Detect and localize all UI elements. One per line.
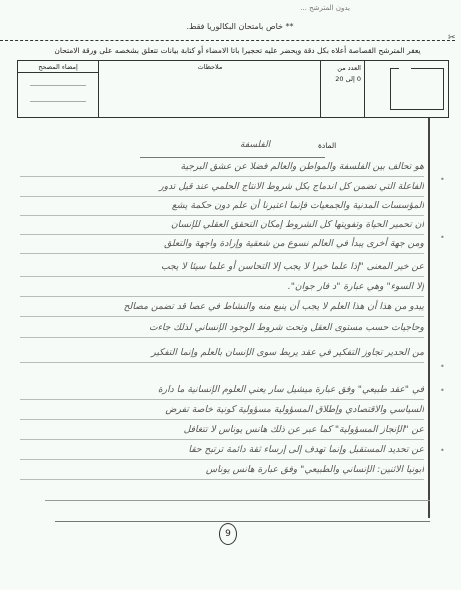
ruled-line: [20, 337, 424, 338]
answer-line: عن تحديد المستقبل وإنما تهدف إلى إرساء ث…: [20, 440, 424, 459]
ruled-line: [20, 253, 424, 254]
answer-line: وحاجيات حسب مستوى العقل وتحت شروط الوجود…: [20, 318, 424, 337]
answer-line: عن "الإنجاز المسؤولية" كما عبر عن ذلك ها…: [20, 420, 424, 439]
answer-line: أن تحمير الحياة وتفويتها كل الشروط إمكان…: [20, 215, 424, 234]
ruled-line: [20, 479, 424, 480]
remarks-cell[interactable]: ملاحظات: [98, 61, 99, 117]
answer-line: أبونيا الاثنين: الإنساني والطبيعي" وفق ع…: [20, 460, 424, 479]
cut-line: [0, 40, 455, 41]
subject-value: الفلسفة: [240, 140, 270, 150]
margin-dot: •: [440, 362, 445, 371]
answer-line: ومن جهة أخرى يبدأ في العالم نسوع من شعقي…: [20, 234, 424, 253]
ruled-line: [55, 521, 430, 522]
margin-dot: •: [440, 386, 445, 395]
faded-header-line: يدون المترشح ...: [190, 4, 350, 12]
ruled-line: [20, 316, 424, 317]
answer-line: المؤسسات المدنية والجمعيات فإنما اعتبرنا…: [20, 196, 424, 215]
signature-header-divider: [18, 72, 98, 73]
answer-line: يبدو من هذا أن هذا العلم لا يجب أن ينبع …: [20, 297, 424, 316]
answer-line: في "عقد طبيعي" وفق عبارة ميشيل سار يعني …: [20, 380, 424, 399]
grade-label: العدد من: [325, 64, 361, 72]
grade-cell[interactable]: العدد من 0 إلى 20: [320, 61, 321, 117]
subject-label: المادة: [318, 141, 336, 150]
signature-label: إمضاء المصحح: [18, 63, 98, 71]
grade-scale: 0 إلى 20: [325, 75, 361, 83]
answer-line: السياسي والاقتصادي وإطلاق المسؤولية مسؤو…: [20, 400, 424, 419]
ruled-line: [20, 362, 424, 363]
ruled-line: [45, 500, 430, 501]
answer-line: عن خير المعنى "إذا علما خيرا لا يجب إلا …: [20, 257, 424, 276]
answer-line: إلا السوء" وهي عبارة "د فار جوان".: [20, 277, 424, 296]
signature-line-2: [30, 101, 86, 102]
answer-line: من الحدير تجاوز التفكير في عقد يربط سوى …: [20, 343, 424, 362]
margin-line: [428, 118, 430, 518]
answer-line: الفاعلة التي تضمن كل اندماج بكل شروط الا…: [20, 177, 424, 196]
page-number: 9: [219, 523, 237, 545]
signature-line-1: [30, 85, 86, 86]
scissors-icon: ✂: [448, 33, 456, 43]
exam-note: ** خاص بامتحان البكالوريا فقط.: [140, 22, 340, 31]
instruction-text: يعفر المترشح القصاصة أعلاه بكل دقة ويحضر…: [20, 46, 455, 55]
remarks-label: ملاحظات: [99, 63, 321, 71]
score-table: إمضاء المصحح ملاحظات العدد من 0 إلى 20: [17, 60, 449, 118]
margin-dot: •: [440, 175, 445, 184]
margin-dot: •: [440, 233, 445, 242]
answer-line: هو تحالف بين الفلسفة والمواطن والعالم فض…: [20, 157, 424, 176]
margin-dot: •: [440, 446, 445, 455]
id-cell-divider: [364, 61, 365, 117]
candidate-code-box[interactable]: [390, 68, 444, 110]
